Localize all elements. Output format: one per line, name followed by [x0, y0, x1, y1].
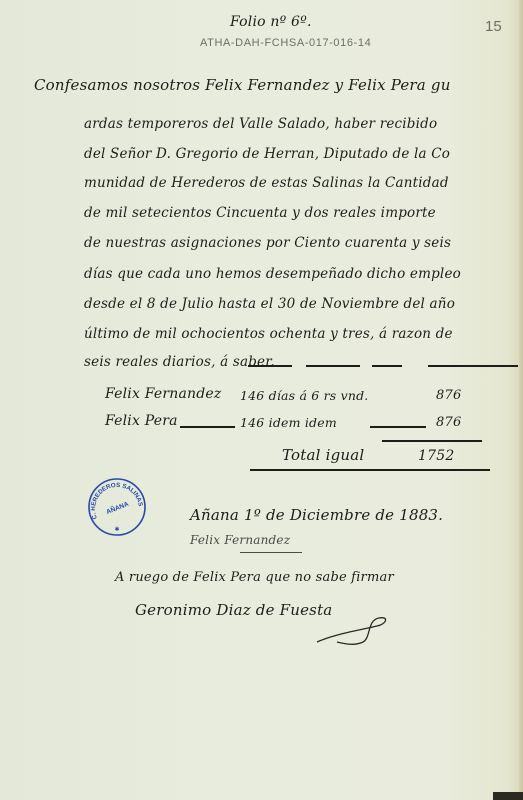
ledger-row-name: Felix Fernandez [105, 386, 221, 402]
herederos-salinas-stamp: C. HEREDEROS SALINAS AÑANA ✱ [86, 476, 148, 538]
total-label: Total igual [282, 446, 364, 464]
signature-geronimo: Geronimo Diaz de Fuesta [135, 601, 332, 619]
signature-rubric [315, 612, 395, 648]
svg-text:✱: ✱ [114, 526, 119, 533]
stamp-outer-text: C. HEREDEROS SALINAS [90, 482, 144, 520]
body-line: Confesamos nosotros Felix Fernandez y Fe… [34, 76, 451, 94]
filler-dash [180, 426, 235, 428]
body-line: días que cada uno hemos desempeñado dich… [84, 266, 461, 282]
page-number: 15 [485, 18, 502, 35]
body-line: ardas temporeros del Valle Salado, haber… [84, 116, 437, 132]
body-line: de nuestras asignaciones por Ciento cuar… [84, 235, 451, 251]
body-line: munidad de Herederos de estas Salinas la… [84, 175, 449, 191]
svg-text:C. HEREDEROS SALINAS: C. HEREDEROS SALINAS [90, 482, 144, 520]
ledger-row-amount: 876 [436, 388, 461, 403]
ledger-row-detail: 146 idem idem [240, 415, 337, 430]
total-underline [250, 469, 490, 471]
document-page: Folio nº 6º. 15 ATHA-DAH-FCHSA-017-016-1… [0, 0, 523, 800]
place-date: Añana 1º de Diciembre de 1883. [190, 506, 443, 524]
body-line: del Señor D. Gregorio de Herran, Diputad… [84, 146, 450, 162]
archive-reference: ATHA-DAH-FCHSA-017-016-14 [200, 37, 371, 49]
on-behalf-note: A ruego de Felix Pera que no sabe firmar [115, 570, 394, 585]
ledger-row-name: Felix Pera [105, 413, 178, 429]
ledger-row-amount: 876 [436, 415, 461, 430]
filler-dash [248, 365, 292, 367]
scan-shadow [493, 792, 523, 800]
filler-dash [428, 365, 518, 367]
filler-dash [370, 426, 426, 428]
signature-flourish [240, 552, 302, 553]
body-line: seis reales diarios, á saber. [84, 354, 275, 370]
sum-rule [382, 440, 482, 442]
ledger-row-detail: 146 días á 6 rs vnd. [240, 388, 368, 403]
body-line: desde el 8 de Julio hasta el 30 de Novie… [84, 296, 455, 312]
folio-note: Folio nº 6º. [230, 14, 312, 30]
body-line: de mil setecientos Cincuenta y dos reale… [84, 205, 436, 221]
body-line: último de mil ochocientos ochenta y tres… [84, 326, 453, 342]
signature-felix-fernandez: Felix Fernandez [190, 533, 290, 547]
total-amount: 1752 [418, 448, 454, 464]
filler-dash [372, 365, 402, 367]
filler-dash [306, 365, 360, 367]
page-edge [519, 0, 523, 800]
stamp-center-text: AÑANA [105, 499, 130, 516]
